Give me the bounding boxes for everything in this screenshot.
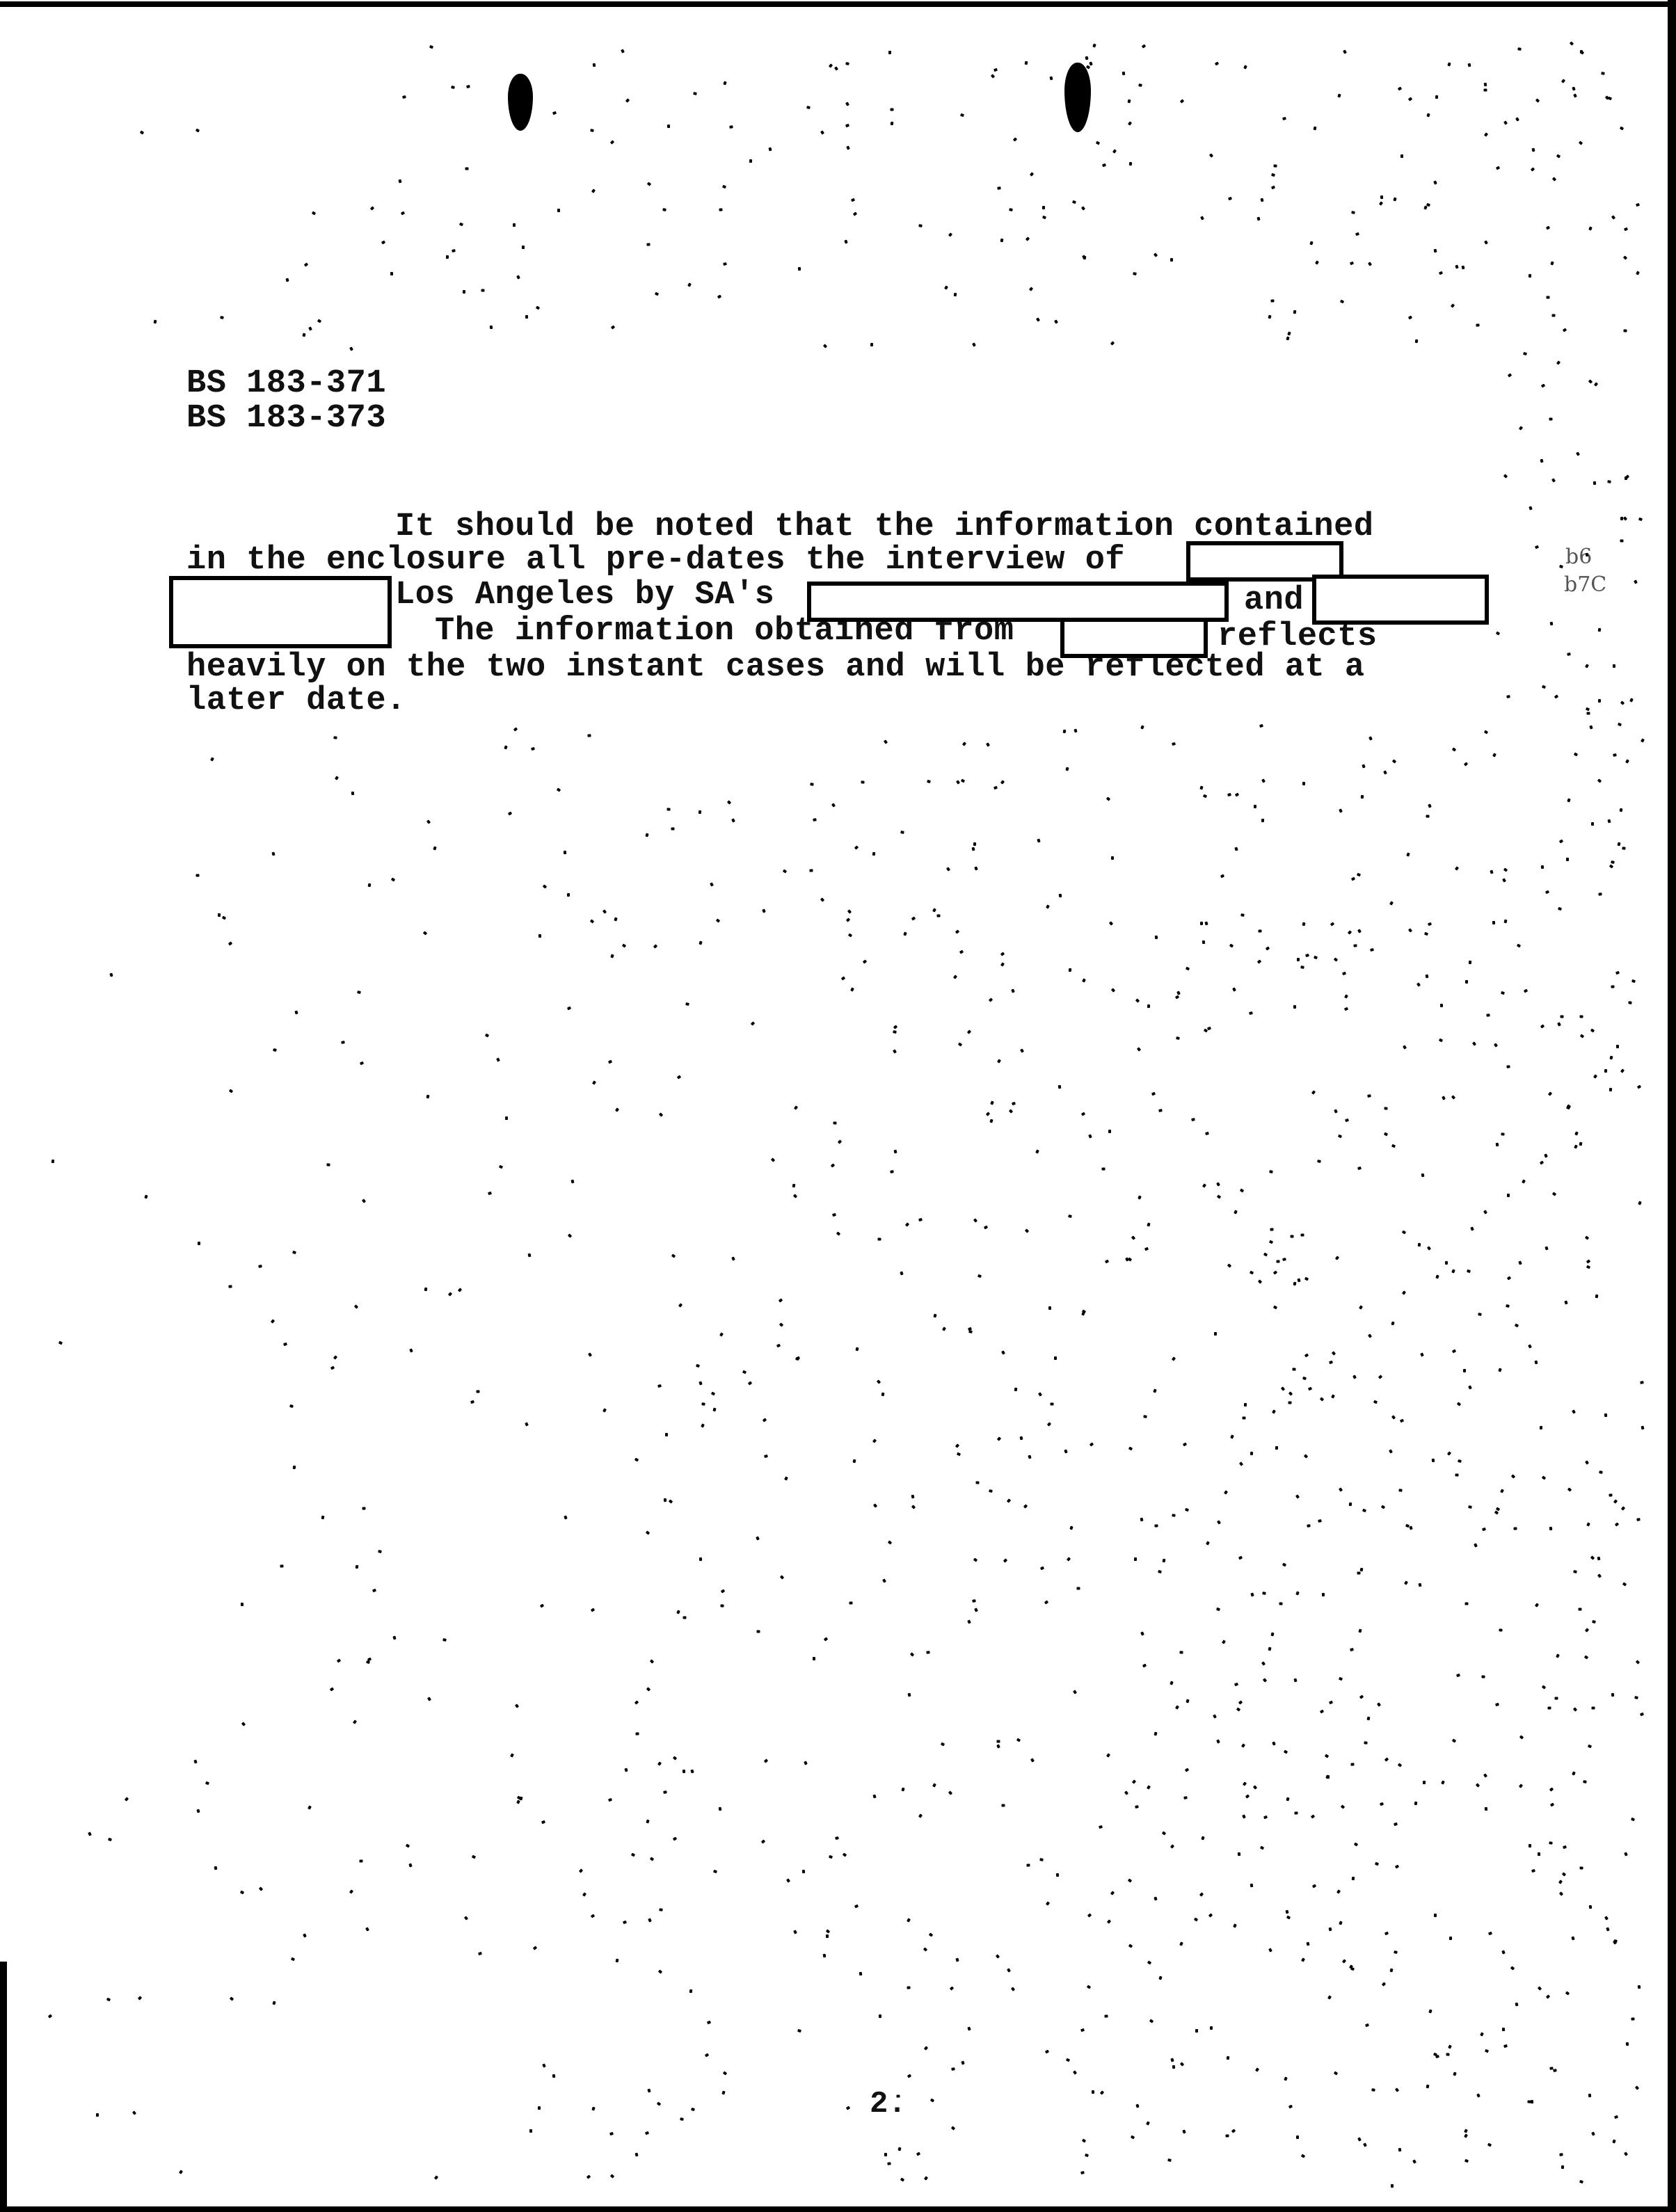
redaction-box xyxy=(169,576,392,648)
redaction-box xyxy=(1312,575,1489,625)
paragraph-line: and xyxy=(1244,583,1304,619)
paragraph-line: Los Angeles by SA's xyxy=(395,577,774,614)
redaction-box xyxy=(807,582,1229,622)
file-reference: BS 183-371 xyxy=(186,366,386,402)
document-page: BS 183-371 BS 183-373 It should be noted… xyxy=(0,0,1676,2212)
paragraph-line: It should be noted that the information … xyxy=(395,509,1374,545)
punch-hole-icon xyxy=(508,74,533,131)
exemption-code: b6 xyxy=(1565,544,1592,570)
scan-edge-left xyxy=(0,1962,7,2212)
file-reference: BS 183-373 xyxy=(186,401,386,437)
paragraph-line: later date. xyxy=(186,683,406,719)
scan-edge-bottom xyxy=(0,2206,1676,2212)
redaction-box xyxy=(1060,618,1208,658)
scan-edge-top xyxy=(0,1,1676,7)
paragraph-line: in the enclosure all pre-dates the inter… xyxy=(186,543,1125,579)
exemption-code: b7C xyxy=(1564,572,1606,598)
scan-edge-right xyxy=(1668,0,1676,2212)
page-number: 2. xyxy=(870,2087,907,2122)
